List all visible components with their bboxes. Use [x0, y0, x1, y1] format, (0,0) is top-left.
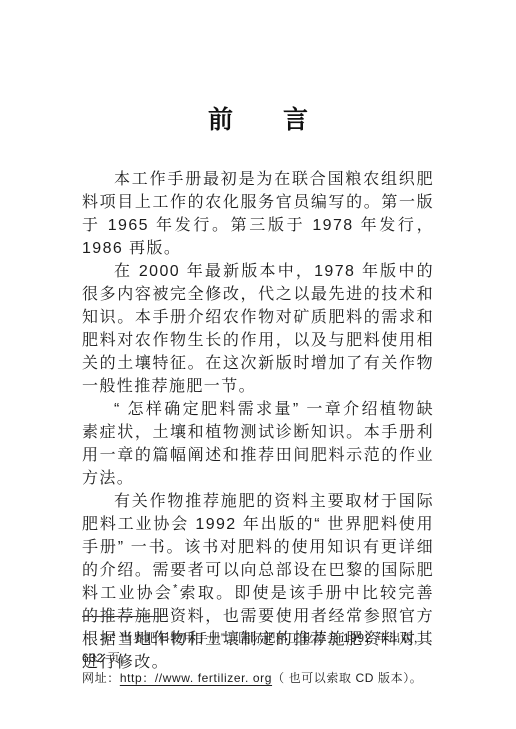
- paragraph-3: “ 怎样确定肥料需求量” 一章介绍植物缺素症状，土壤和植物测试诊断知识。本手册利…: [82, 398, 434, 490]
- footnote-reference-text: ＊“ 世界肥料使用手册”，国际肥料工业协会 1992 年出版，632 页。: [82, 628, 442, 668]
- page-title: 前言: [0, 100, 516, 136]
- footnote: ＊“ 世界肥料使用手册”，国际肥料工业协会 1992 年出版，632 页。 网址…: [82, 616, 442, 688]
- footnote-url: http：//www. fertilizer. org: [120, 671, 272, 685]
- footnote-url-line: 网址：http：//www. fertilizer. org（ 也可以索取 CD…: [82, 668, 442, 688]
- page-title-char-right: 言: [283, 106, 308, 134]
- footnote-separator-rule: [82, 616, 168, 617]
- footnote-url-suffix: （ 也可以索取 CD 版本）。: [272, 671, 422, 685]
- preface-body: 本工作手册最初是为在联合国粮农组织肥料项目上工作的农化服务官员编写的。第一版于 …: [82, 168, 434, 674]
- paragraph-1: 本工作手册最初是为在联合国粮农组织肥料项目上工作的农化服务官员编写的。第一版于 …: [82, 168, 434, 260]
- footnote-url-label: 网址：: [82, 671, 120, 685]
- preface-page: 前言 本工作手册最初是为在联合国粮农组织肥料项目上工作的农化服务官员编写的。第一…: [0, 0, 516, 729]
- page-title-char-left: 前: [208, 106, 233, 134]
- paragraph-2: 在 2000 年最新版本中，1978 年版中的很多内容被完全修改，代之以最先进的…: [82, 260, 434, 398]
